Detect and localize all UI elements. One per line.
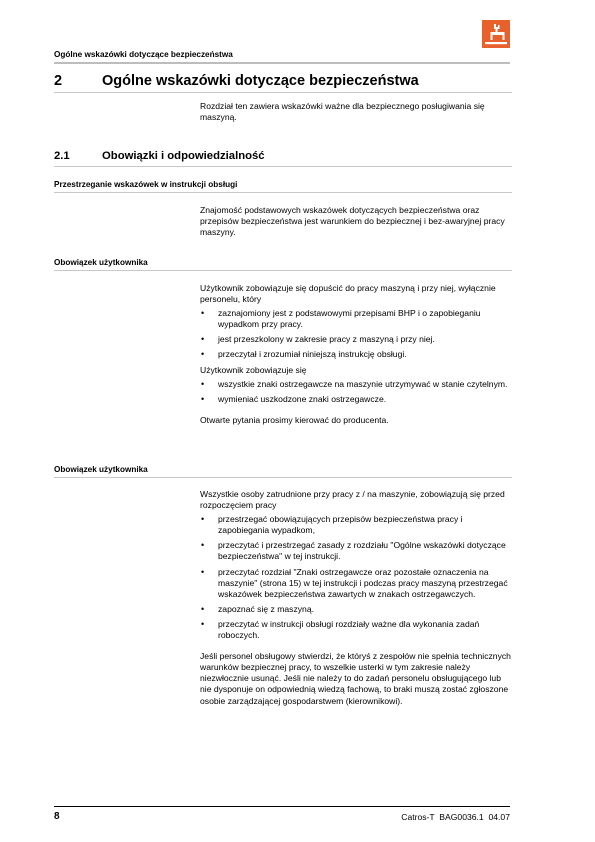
section-title: Obowiązki i odpowiedzialność — [102, 150, 265, 162]
footer-divider — [54, 806, 510, 807]
bullet-list: zaznajomiony jest z podstawowymi przepis… — [200, 308, 512, 360]
bullet-list: przestrzegać obowiązujących przepisów be… — [200, 514, 512, 641]
chapter-number: 2 — [54, 73, 102, 89]
subsection-heading-staff-duty: Obowiązek użytkownika — [54, 465, 512, 478]
list-item: wszystkie znaki ostrzegawcze na maszynie… — [200, 379, 512, 390]
paragraph: Jeśli personel obsługowy stwierdzi, że k… — [200, 651, 512, 706]
subsection-body-operator-duty: Użytkownik zobowiązuje się dopuścić do p… — [200, 283, 512, 426]
subsection-heading-operator-duty: Obowiązek użytkownika — [54, 258, 512, 271]
subsection-body-staff-duty: Wszystkie osoby zatrudnione przy pracy z… — [200, 489, 512, 707]
chapter-title: Ogólne wskazówki dotyczące bezpieczeństw… — [102, 73, 419, 89]
list-item: wymieniać uszkodzone znaki ostrzegawcze. — [200, 394, 512, 405]
paragraph: Otwarte pytania prosimy kierować do prod… — [200, 415, 512, 426]
chapter-intro: Rozdział ten zawiera wskazówki ważne dla… — [200, 101, 512, 123]
list-item: przeczytać w instrukcji obsługi rozdział… — [200, 619, 512, 641]
running-head: Ogólne wskazówki dotyczące bezpieczeństw… — [54, 50, 510, 64]
subsection-body-instructions: Znajomość podstawowych wskazówek dotyczą… — [200, 205, 512, 238]
chapter-intro-text: Rozdział ten zawiera wskazówki ważne dla… — [200, 101, 512, 123]
amazone-logo-icon — [482, 20, 510, 48]
paragraph: Użytkownik zobowiązuje się — [200, 365, 512, 376]
paragraph: Użytkownik zobowiązuje się dopuścić do p… — [200, 283, 512, 305]
chapter-heading: 2Ogólne wskazówki dotyczące bezpieczeńst… — [54, 73, 512, 93]
list-item: przeczytać rozdział "Znaki ostrzegawcze … — [200, 567, 512, 600]
paragraph: Wszystkie osoby zatrudnione przy pracy z… — [200, 489, 512, 511]
list-item: przeczytać i przestrzegać zasady z rozdz… — [200, 540, 512, 562]
list-item: jest przeszkolony w zakresie pracy z mas… — [200, 334, 512, 345]
page-number: 8 — [54, 811, 60, 822]
subsection-heading-instructions: Przestrzeganie wskazówek w instrukcji ob… — [54, 180, 512, 193]
list-item: przestrzegać obowiązujących przepisów be… — [200, 514, 512, 536]
paragraph: Znajomość podstawowych wskazówek dotyczą… — [200, 205, 512, 238]
bullet-list: wszystkie znaki ostrzegawcze na maszynie… — [200, 379, 512, 405]
list-item: przeczytał i zrozumiał niniejszą instruk… — [200, 349, 512, 360]
document-id: Catros-T BAG0036.1 04.07 — [401, 812, 510, 822]
list-item: zapoznać się z maszyną. — [200, 604, 512, 615]
section-number: 2.1 — [54, 150, 102, 162]
section-heading: 2.1Obowiązki i odpowiedzialność — [54, 150, 512, 167]
list-item: zaznajomiony jest z podstawowymi przepis… — [200, 308, 512, 330]
